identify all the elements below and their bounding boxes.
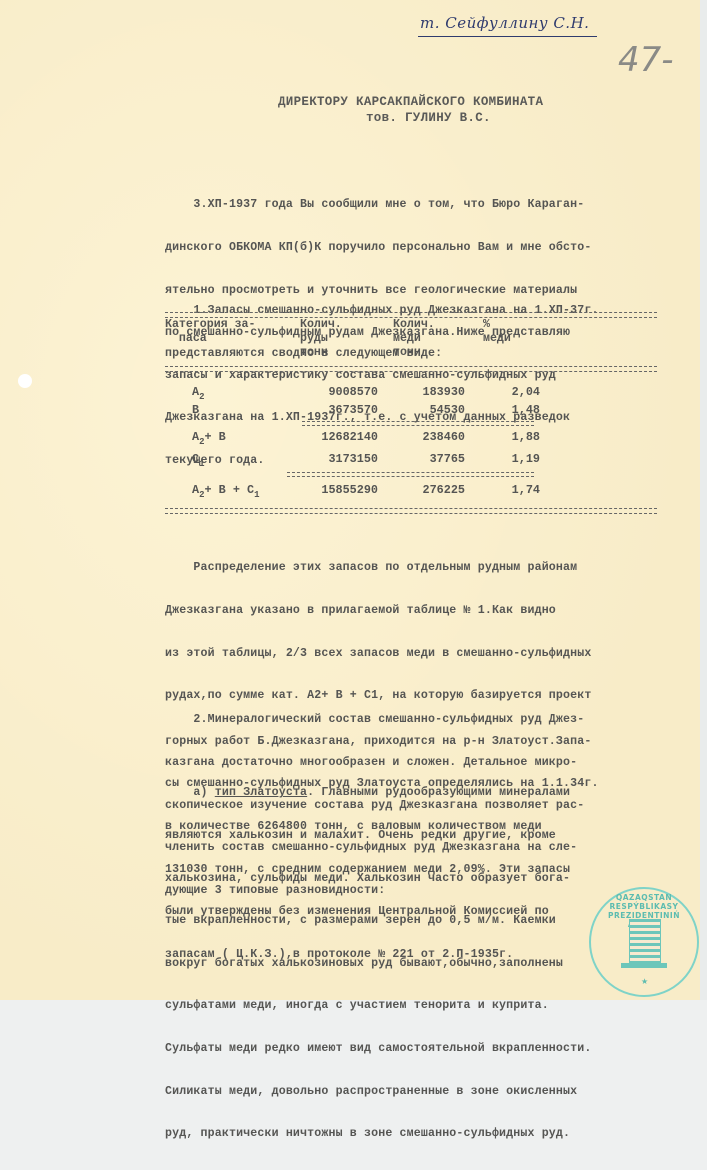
addressee-block: ДИРЕКТОРУ КАРСАКПАЙСКОГО КОМБИНАТА тов. … [278, 94, 598, 126]
cell-category: B [192, 403, 199, 417]
text-line: являются халькозин и малахит. Очень редк… [165, 829, 685, 843]
table-row: A2+ B + C1 15855290 276225 1,74 [165, 483, 665, 499]
cell-category: A2 [192, 385, 205, 402]
header-category: Категория за- паса [165, 318, 255, 346]
header-copper-pct: % меди [483, 318, 511, 346]
text-line: Распределение этих запасов по отдельным … [165, 561, 685, 575]
cell-category: C1 [192, 452, 205, 469]
cell-category: A2+ B + C1 [192, 483, 259, 500]
scan-edge [700, 0, 707, 1000]
header-ore-tons: Колич. руды тонн [300, 318, 342, 360]
punch-hole [18, 374, 32, 388]
type-a-title: тип Златоуста [215, 786, 307, 799]
cell-copper-tons: 37765 [395, 452, 465, 466]
handwritten-note: т. Сейфуллину С.Н. [418, 14, 597, 37]
total-rule [287, 472, 534, 477]
addressee-line1: ДИРЕКТОРУ КАРСАКПАЙСКОГО КОМБИНАТА [278, 94, 598, 110]
table-row: A2 9008570 183930 2,04 [165, 385, 665, 401]
text-line: из этой таблицы, 2/3 всех запасов меди в… [165, 647, 685, 661]
cell-copper-pct: 1,48 [495, 403, 540, 417]
table-bottom-rule [165, 508, 657, 514]
star-icon: ★ [641, 977, 648, 986]
cell-copper-tons: 238460 [395, 430, 465, 444]
cell-copper-tons: 54530 [395, 403, 465, 417]
table-header-rule [165, 366, 657, 372]
page-number: 47- [618, 40, 674, 80]
text-line: динского ОБКОМА КП(б)К поручило персонал… [165, 241, 685, 255]
document-page: т. Сейфуллину С.Н. 47- ДИРЕКТОРУ КАРСАКП… [0, 0, 700, 1000]
text-line: халькозина, сульфиды меди. Халькозин час… [165, 872, 685, 886]
text-line: а) тип Златоуста. Главными рудообразующи… [165, 786, 685, 800]
cell-copper-pct: 2,04 [495, 385, 540, 399]
cell-ore-tons: 9008570 [280, 385, 378, 399]
header-copper-tons: Колич. меди тонн [393, 318, 435, 360]
cell-ore-tons: 3673570 [280, 403, 378, 417]
building-icon [629, 919, 661, 965]
table-row: C1 3173150 37765 1,19 [165, 452, 665, 468]
cell-copper-pct: 1,88 [495, 430, 540, 444]
subtotal-rule [302, 421, 534, 426]
text-line: 3.ХП-1937 года Вы сообщили мне о том, чт… [165, 198, 685, 212]
cell-copper-tons: 183930 [395, 385, 465, 399]
archive-stamp: QAZAQSTAN RESPÝBLIKASY PREZIDENTINIŃ ARH… [589, 887, 699, 997]
cell-ore-tons: 3173150 [280, 452, 378, 466]
table-row: B 3673570 54530 1,48 [165, 403, 665, 419]
cell-copper-tons: 276225 [395, 483, 465, 497]
text-line: 2.Минералогический состав смешанно-сульф… [165, 713, 685, 727]
cell-copper-pct: 1,74 [495, 483, 540, 497]
cell-category: A2+ B [192, 430, 226, 447]
cell-ore-tons: 12682140 [280, 430, 378, 444]
cell-copper-pct: 1,19 [495, 452, 540, 466]
text-line: Джезказгана указано в прилагаемой таблиц… [165, 604, 685, 618]
cell-ore-tons: 15855290 [280, 483, 378, 497]
addressee-line2: тов. ГУЛИНУ В.С. [278, 110, 598, 126]
building-base-icon [621, 963, 667, 968]
table-row: A2+ B 12682140 238460 1,88 [165, 430, 665, 446]
